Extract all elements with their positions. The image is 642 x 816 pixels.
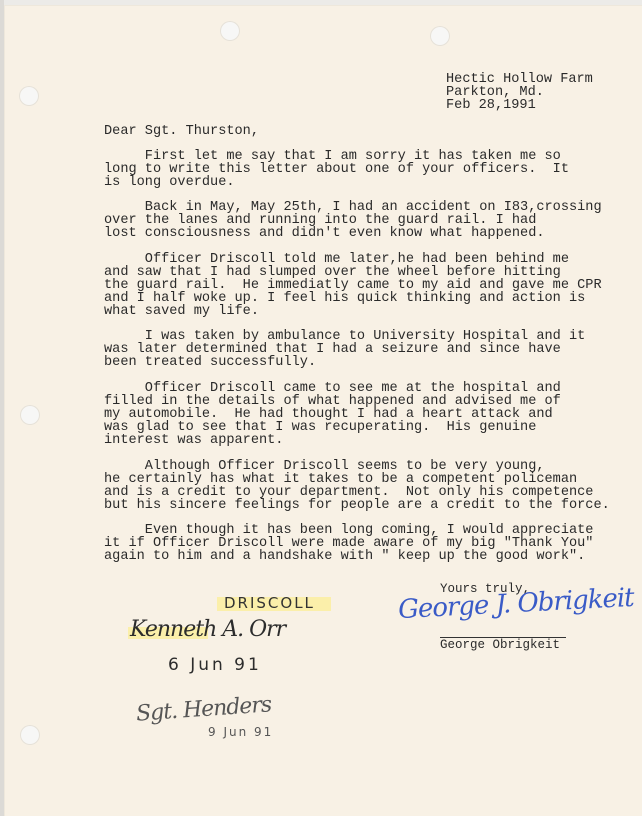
handwritten-signature: George J. Obrigkeit bbox=[397, 583, 634, 625]
body-line: interest was apparent. bbox=[104, 434, 283, 447]
hole-punch-mid bbox=[20, 405, 40, 425]
body-line: but his sincere feelings for people are … bbox=[104, 499, 610, 512]
hole-punch-top-3 bbox=[430, 26, 450, 46]
reviewer-date-1: 6 Jun 91 bbox=[168, 655, 262, 675]
letter-date: Feb 28,1991 bbox=[446, 99, 536, 112]
letter-page: Hectic Hollow Farm Parkton, Md. Feb 28,1… bbox=[4, 5, 642, 816]
hole-punch-top-1 bbox=[19, 86, 39, 106]
body-line: is long overdue. bbox=[104, 176, 235, 189]
body-line: again to him and a handshake with " keep… bbox=[104, 550, 585, 563]
body-line: what saved my life. bbox=[104, 305, 259, 318]
hole-punch-top-2 bbox=[220, 21, 240, 41]
hole-punch-bottom bbox=[20, 725, 40, 745]
body-line: been treated successfully. bbox=[104, 356, 316, 369]
salutation: Dear Sgt. Thurston, bbox=[104, 125, 259, 138]
reviewer-signature-1: Kenneth A. Orr bbox=[130, 617, 285, 642]
body-line: lost consciousness and didn't even know … bbox=[104, 227, 545, 240]
reviewer-signature-2: Sgt. Henders bbox=[135, 692, 272, 726]
typed-name: George Obrigkeit bbox=[440, 639, 560, 652]
highlighted-name: DRISCOLL bbox=[224, 594, 315, 612]
reviewer-date-2: 9 Jun 91 bbox=[208, 725, 273, 739]
